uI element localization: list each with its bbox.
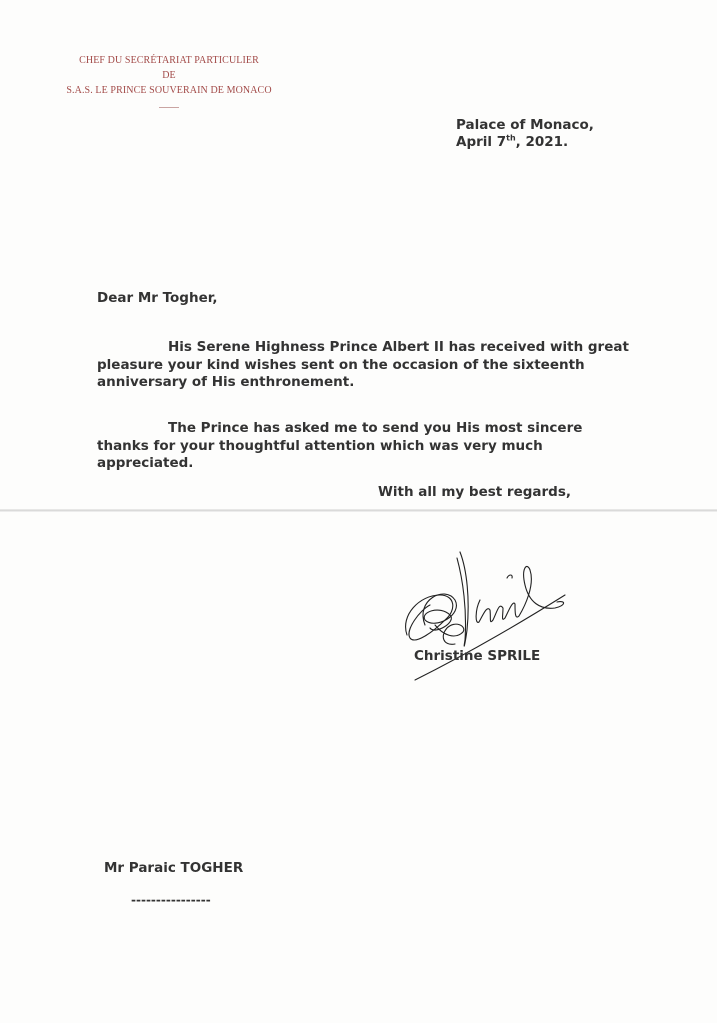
- paragraph-2: The Prince has asked me to send you His …: [97, 420, 637, 473]
- letterhead-de: DE: [62, 68, 276, 83]
- signature-icon: [395, 540, 585, 690]
- letterhead-title: CHEF DU SECRÉTARIAT PARTICULIER: [62, 53, 276, 68]
- date-year: , 2021.: [516, 134, 569, 150]
- recipient-dashes: ----------------: [131, 893, 211, 907]
- place-date: Palace of Monaco, April 7th, 2021.: [456, 117, 594, 151]
- recipient-name: Mr Paraic TOGHER: [104, 860, 243, 876]
- date-day: April 7: [456, 134, 506, 150]
- date: April 7th, 2021.: [456, 134, 594, 151]
- place: Palace of Monaco,: [456, 117, 594, 134]
- signer-name: Christine SPRILE: [414, 648, 540, 664]
- letterhead-rule: [159, 107, 179, 108]
- closing: With all my best regards,: [378, 484, 571, 500]
- letterhead: CHEF DU SECRÉTARIAT PARTICULIER DE S.A.S…: [62, 53, 276, 108]
- paper-fold-line: [0, 509, 717, 512]
- letterhead-subtitle: S.A.S. LE PRINCE SOUVERAIN DE MONACO: [62, 83, 276, 98]
- salutation: Dear Mr Togher,: [97, 290, 218, 306]
- date-ordinal: th: [506, 134, 516, 143]
- paragraph-1: His Serene Highness Prince Albert II has…: [97, 339, 637, 392]
